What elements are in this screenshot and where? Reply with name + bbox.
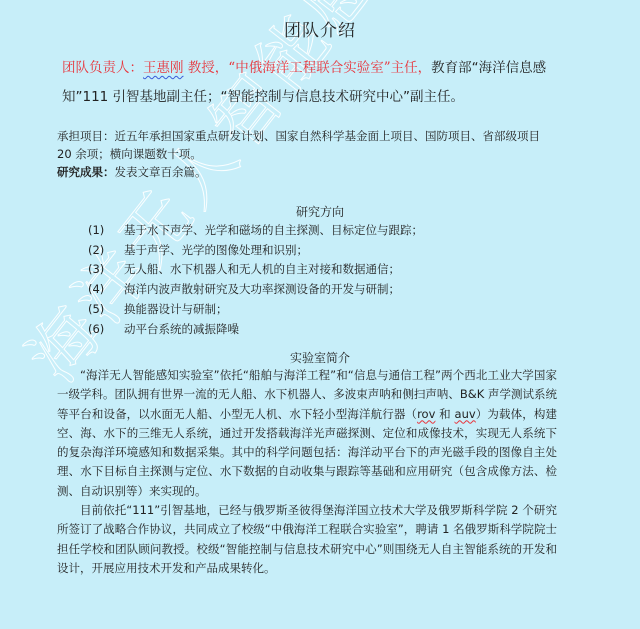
leader-label: 团队负责人： [62,60,143,76]
lab-intro-paragraph-1: “海洋无人智能感知实验室”依托“船舶与海洋工程”和“信息与通信工程”两个西北工业… [57,366,557,501]
achievements-line: 研究成果：发表文章百余篇。 [57,163,557,181]
lab-intro-body: “海洋无人智能感知实验室”依托“船舶与海洋工程”和“信息与通信工程”两个西北工业… [57,366,557,578]
item-number: (2) [88,241,124,261]
lab-intro-paragraph-2: 目前依托“111”引智基地，已经与俄罗斯圣彼得堡海洋国立技术大学及俄罗斯科学院 … [57,501,557,578]
list-item: (2)基于声学、光学的图像处理和识别； [88,241,423,261]
page-title: 团队介绍 [0,16,640,41]
list-item: (5)换能器设计与研制； [88,300,423,320]
item-text: 海洋内波声散射研究及大功率探测设备的开发与研制； [124,280,400,300]
item-text: 基于声学、光学的图像处理和识别； [124,241,308,261]
paragraph-text: 和 [435,407,454,421]
list-item: (4)海洋内波声散射研究及大功率探测设备的开发与研制； [88,280,423,300]
list-item: (1)基于水下声学、光学和磁场的自主探测、目标定位与跟踪； [88,221,423,241]
lab-intro-title: 实验室简介 [0,349,640,366]
research-directions-list: (1)基于水下声学、光学和磁场的自主探测、目标定位与跟踪； (2)基于声学、光学… [88,221,423,339]
list-item: (3)无人船、水下机器人和无人机的自主对接和数据通信； [88,260,423,280]
auv-term: auv [455,407,476,421]
rov-term: rov [417,407,435,421]
item-number: (1) [88,221,124,241]
item-text: 动平台系统的减振降噪 [124,320,239,340]
item-number: (3) [88,260,124,280]
leader-title: 教授，“中俄海洋工程联合实验室”主任， [184,60,432,76]
item-number: (4) [88,280,124,300]
research-directions-title: 研究方向 [0,203,640,220]
item-number: (5) [88,300,124,320]
document-page: 海洋无人智能感知实验室 团队介绍 团队负责人：王惠刚 教授，“中俄海洋工程联合实… [0,0,640,629]
projects-section: 承担项目：近五年承担国家重点研发计划、国家自然科学基金面上项目、国防项目、省部级… [57,127,557,181]
achievements-label: 研究成果： [57,165,115,179]
item-text: 基于水下声学、光学和磁场的自主探测、目标定位与跟踪； [124,221,423,241]
projects-text: 承担项目：近五年承担国家重点研发计划、国家自然科学基金面上项目、国防项目、省部级… [57,127,557,163]
achievements-text: 发表文章百余篇。 [115,165,207,179]
item-number: (6) [88,320,124,340]
list-item: (6)动平台系统的减振降噪 [88,320,423,340]
item-text: 换能器设计与研制； [124,300,228,320]
team-leader-paragraph: 团队负责人：王惠刚 教授，“中俄海洋工程联合实验室”主任，教育部“海洋信息感知”… [62,54,572,112]
leader-name: 王惠刚 [143,60,184,76]
item-text: 无人船、水下机器人和无人机的自主对接和数据通信； [124,260,400,280]
